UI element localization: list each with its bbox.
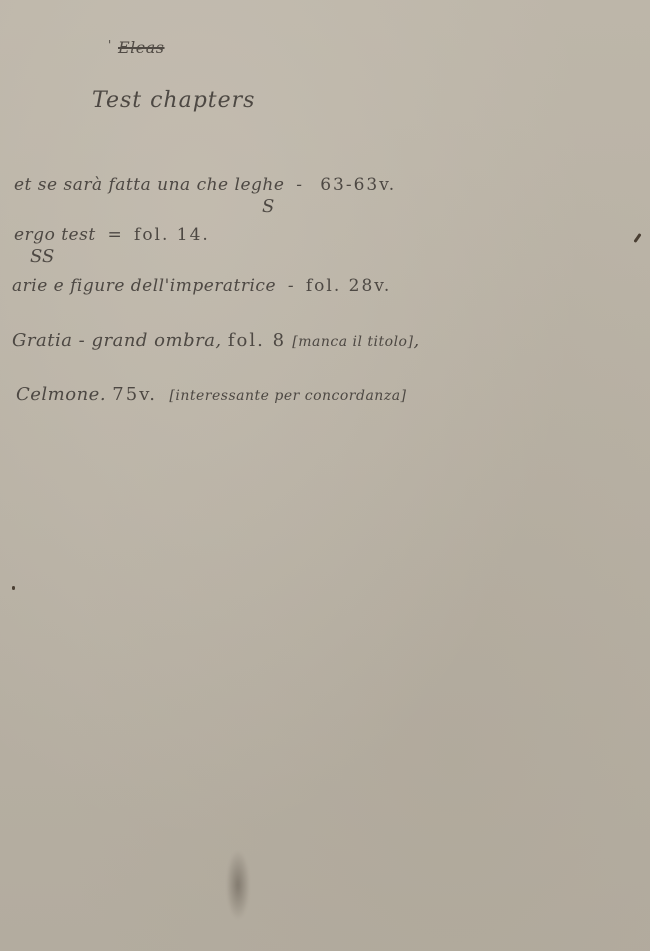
note-line-4: Gratia - grand ombra, fol. 8 [manca il t… [12, 330, 420, 351]
note-line-5: Celmone. 75v. [interessante per concorda… [16, 384, 407, 405]
bracketed-note: [interessante per concordanza] [169, 388, 406, 404]
folio-reference: 63-63v. [320, 175, 396, 195]
folio-reference: fol. 8 [228, 330, 286, 351]
manuscript-page: ' Eleas Test chapters et se sarà fatta u… [0, 0, 650, 951]
note-line-3: arie e figure dell'imperatrice - fol. 28… [12, 276, 391, 296]
bracketed-note: [manca il titolo] [292, 334, 413, 350]
separator: - [296, 175, 302, 195]
ink-dot [12, 586, 15, 590]
folio-reference: fol. 14. [134, 225, 210, 245]
trailing-comma: , [413, 330, 419, 351]
note-line-text: ergo test [14, 225, 96, 245]
note-line-text: arie e figure dell'imperatrice [12, 276, 276, 296]
ink-mark [633, 233, 641, 243]
tick-mark: ' [108, 38, 111, 52]
correction-mark: SS [30, 246, 54, 267]
struck-out-heading: Eleas [118, 38, 165, 57]
folio-reference: 75v. [112, 384, 157, 405]
folio-reference: fol. 28v. [306, 276, 391, 296]
page-title: Test chapters [92, 88, 255, 113]
paper-smudge [226, 850, 250, 920]
separator: - [288, 276, 294, 296]
separator: = [107, 225, 122, 245]
note-line-2: ergo test = fol. 14. [14, 225, 210, 245]
note-line-text: et se sarà fatta una che leghe [14, 175, 284, 195]
note-line-text: Gratia - grand ombra, [12, 330, 222, 351]
note-line-text: Celmone. [16, 384, 106, 405]
note-line-1: et se sarà fatta una che leghe - 63-63v. [14, 175, 396, 195]
correction-mark: S [262, 196, 274, 217]
